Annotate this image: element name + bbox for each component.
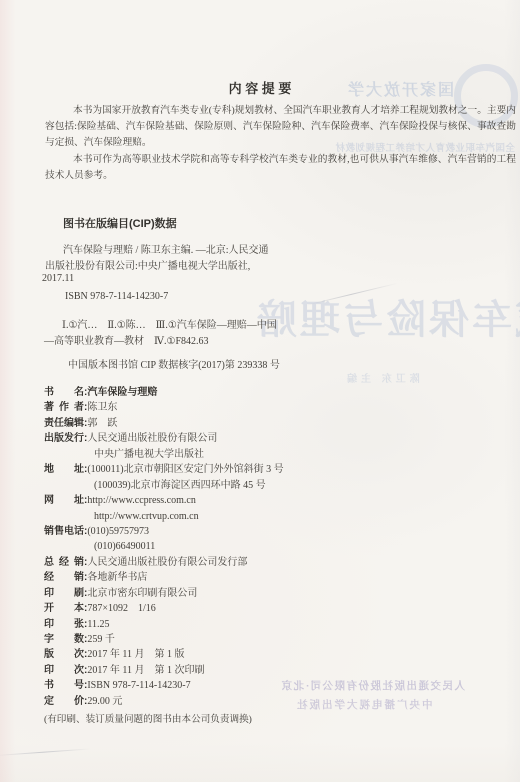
colophon-label: 字数 xyxy=(44,632,84,647)
cip-description-line: 2017.11 xyxy=(42,273,74,284)
colophon-value: 2017 年 11 月 第 1 版 xyxy=(87,649,184,660)
colophon-label: 著作者 xyxy=(44,400,84,415)
colophon-label: 地址 xyxy=(44,462,84,477)
colophon-line: 责任编辑:郭 跃 xyxy=(44,416,514,431)
colophon-label: 印次 xyxy=(44,663,84,678)
colophon-label: 书号 xyxy=(44,678,84,693)
colophon-line: 销售电话:(010)59757973 xyxy=(44,524,514,539)
book-copyright-page: 国家开放大学 全国汽车职业教育人才培养工程规划教材 汽车保险与理赔 陈卫东 主编… xyxy=(0,0,520,782)
scan-crease-line xyxy=(0,748,91,756)
colophon-line: 印张:11.25 xyxy=(44,617,514,632)
colophon-rows: 书名:汽车保险与理赔著作者:陈卫东责任编辑:郭 跃出版发行:人民交通出版社股份有… xyxy=(44,385,514,709)
cip-heading: 图书在版编目(CIP)数据 xyxy=(63,215,177,231)
colophon-line: 书号:ISBN 978-7-114-14230-7 xyxy=(44,678,514,693)
colophon-value: 郭 跃 xyxy=(87,418,117,429)
colophon-value: 汽车保险与理赔 xyxy=(87,387,157,398)
colophon-line: 中央广播电视大学出版社 xyxy=(44,447,514,462)
colophon-line: 印次:2017 年 11 月 第 1 次印刷 xyxy=(44,663,514,678)
colophon-value: 中央广播电视大学出版社 xyxy=(94,449,204,460)
colophon-line: 书名:汽车保险与理赔 xyxy=(44,385,514,400)
colophon-line: 经销:各地新华书店 xyxy=(44,570,514,585)
colophon-label: 总经销 xyxy=(44,555,84,570)
bleed-author-line: 陈卫东 主编 xyxy=(343,370,420,385)
colophon-value: 2017 年 11 月 第 1 次印刷 xyxy=(87,665,204,676)
summary-paragraph: 本书为国家开放教育汽车类专业(专科)规划教材、全国汽车职业教育人才培养工程规划教… xyxy=(45,103,516,152)
colophon-label: 出版发行 xyxy=(44,431,84,446)
colophon-label: 网址 xyxy=(44,493,84,508)
bleed-book-title: 汽车保险与理赔 xyxy=(254,288,520,345)
colophon-label: 经销 xyxy=(44,570,84,585)
cip-registry-line: 中国版本图书馆 CIP 数据核字(2017)第 239338 号 xyxy=(68,356,280,371)
colophon-line: http://www.crtvup.com.cn xyxy=(44,509,514,524)
colophon-value: http://www.ccpress.com.cn xyxy=(87,495,196,506)
colophon-line: 地址:(100011)北京市朝阳区安定门外外馆斜街 3 号 xyxy=(44,462,514,477)
colophon-value: (010)66490011 xyxy=(94,541,155,552)
colophon-line: (010)66490011 xyxy=(44,539,514,554)
cip-description-line: 汽车保险与理赔 / 陈卫东主编. —北京:人民交通 xyxy=(63,241,269,256)
colophon-value: ISBN 978-7-114-14230-7 xyxy=(87,680,190,691)
cip-description-line: 出版社股份有限公司:中央广播电视大学出版社, xyxy=(45,257,250,272)
colophon-line: 印刷:北京市密东印刷有限公司 xyxy=(44,586,514,601)
cip-classification-line: —高等职业教育—教材 Ⅳ.①F842.63 xyxy=(44,332,209,347)
colophon-label: 销售电话 xyxy=(44,524,84,539)
cip-isbn-line: ISBN 978-7-114-14230-7 xyxy=(65,291,168,302)
colophon-line: 著作者:陈卫东 xyxy=(44,400,514,415)
colophon-label: 责任编辑 xyxy=(44,416,84,431)
colophon-label: 印刷 xyxy=(44,586,84,601)
summary-paragraph: 本书可作为高等职业技术学院和高等专科学校汽车类专业的教材,也可供从事汽车维修、汽… xyxy=(45,152,516,184)
colophon-label: 定价 xyxy=(44,694,84,709)
colophon-value: (010)59757973 xyxy=(87,526,149,537)
colophon-line: 网址:http://www.ccpress.com.cn xyxy=(44,493,514,508)
content-summary-title: 内 容 提 要 xyxy=(0,78,520,97)
cip-classification-line: Ⅰ.①汽… Ⅱ.①陈… Ⅲ.①汽车保险—理赔—中国 xyxy=(62,316,277,331)
colophon-value: 787×1092 1/16 xyxy=(87,603,155,614)
colophon-value: (100039)北京市海淀区西四环中路 45 号 xyxy=(94,480,266,491)
scan-crease-line xyxy=(305,283,398,306)
colophon-line: 出版发行:人民交通出版社股份有限公司 xyxy=(44,431,514,446)
colophon-value: 259 千 xyxy=(87,634,115,645)
colophon-label: 印张 xyxy=(44,617,84,632)
colophon-value: 人民交通出版社股份有限公司发行部 xyxy=(87,557,247,568)
colophon-line: 开本:787×1092 1/16 xyxy=(44,601,514,616)
colophon-value: 29.00 元 xyxy=(87,696,122,707)
colophon-line: 定价:29.00 元 xyxy=(44,694,514,709)
colophon-label: 书名 xyxy=(44,385,84,400)
colophon-value: (100011)北京市朝阳区安定门外外馆斜街 3 号 xyxy=(87,464,283,475)
colophon-line: 版次:2017 年 11 月 第 1 版 xyxy=(44,647,514,662)
reprint-exchange-note: (有印刷、装订质量问题的图书由本公司负责调换) xyxy=(44,711,252,725)
colophon-line: (100039)北京市海淀区西四环中路 45 号 xyxy=(44,478,514,493)
colophon-value: 北京市密东印刷有限公司 xyxy=(87,588,197,599)
colophon-label: 版次 xyxy=(44,647,84,662)
colophon-label: 开本 xyxy=(44,601,84,616)
colophon-value: 陈卫东 xyxy=(87,402,117,413)
colophon-line: 总经销:人民交通出版社股份有限公司发行部 xyxy=(44,555,514,570)
colophon-value: 各地新华书店 xyxy=(87,572,147,583)
content-summary-body: 本书为国家开放教育汽车类专业(专科)规划教材、全国汽车职业教育人才培养工程规划教… xyxy=(45,103,516,184)
colophon-value: 11.25 xyxy=(87,619,109,630)
colophon-value: 人民交通出版社股份有限公司 xyxy=(87,433,217,444)
colophon-value: http://www.crtvup.com.cn xyxy=(94,511,199,522)
colophon-line: 字数:259 千 xyxy=(44,632,514,647)
